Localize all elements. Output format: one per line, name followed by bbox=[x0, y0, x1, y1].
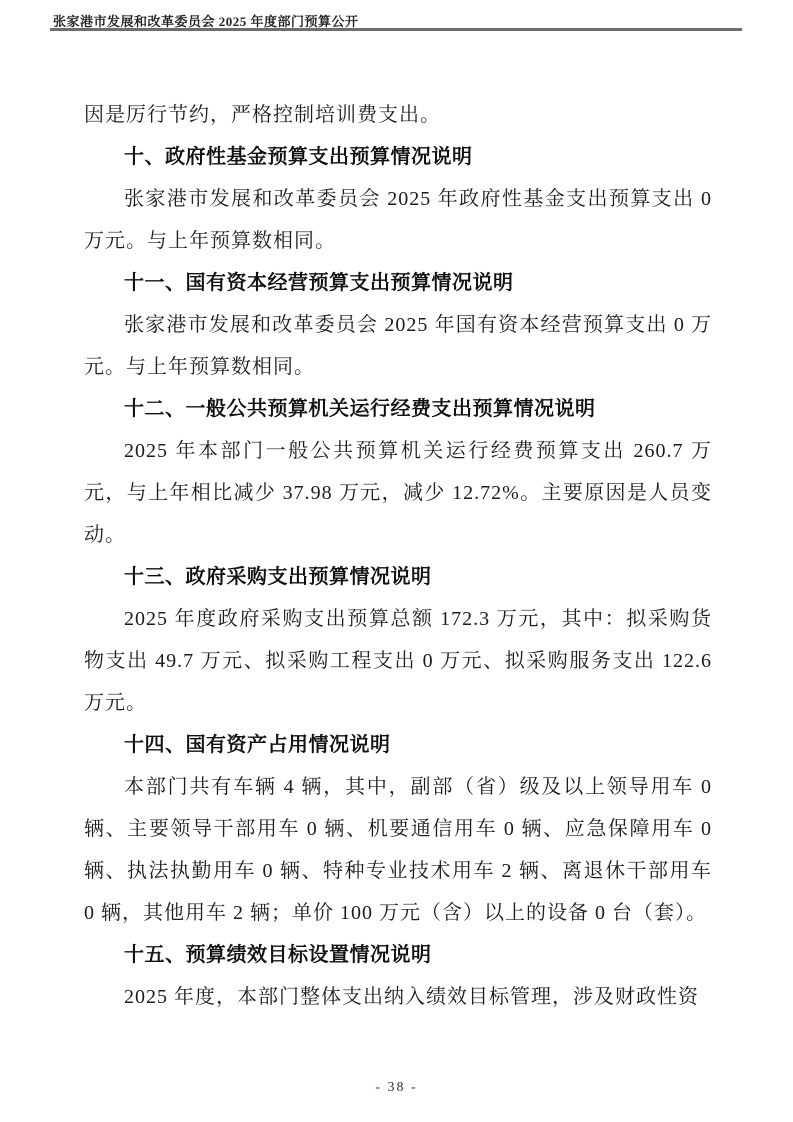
document-page: 张家港市发展和改革委员会 2025 年度部门预算公开 因是厉行节约，严格控制培训… bbox=[0, 0, 793, 1122]
header-rule bbox=[50, 28, 742, 31]
paragraph: 因是厉行节约，严格控制培训费支出。 bbox=[84, 94, 712, 136]
paragraph: 2025 年本部门一般公共预算机关运行经费预算支出 260.7 万元，与上年相比… bbox=[84, 430, 712, 556]
section-heading-12: 十二、一般公共预算机关运行经费支出预算情况说明 bbox=[84, 388, 712, 430]
paragraph: 本部门共有车辆 4 辆，其中，副部（省）级及以上领导用车 0 辆、主要领导干部用… bbox=[84, 766, 712, 934]
section-heading-15: 十五、预算绩效目标设置情况说明 bbox=[84, 934, 712, 976]
page-number: - 38 - bbox=[0, 1080, 793, 1096]
paragraph: 2025 年度，本部门整体支出纳入绩效目标管理，涉及财政性资 bbox=[84, 976, 712, 1018]
section-heading-11: 十一、国有资本经营预算支出预算情况说明 bbox=[84, 262, 712, 304]
section-heading-10: 十、政府性基金预算支出预算情况说明 bbox=[84, 136, 712, 178]
section-heading-14: 十四、国有资产占用情况说明 bbox=[84, 724, 712, 766]
document-body: 因是厉行节约，严格控制培训费支出。 十、政府性基金预算支出预算情况说明 张家港市… bbox=[84, 94, 712, 1018]
paragraph: 张家港市发展和改革委员会 2025 年国有资本经营预算支出 0 万元。与上年预算… bbox=[84, 304, 712, 388]
section-heading-13: 十三、政府采购支出预算情况说明 bbox=[84, 556, 712, 598]
paragraph: 2025 年度政府采购支出预算总额 172.3 万元，其中：拟采购货物支出 49… bbox=[84, 598, 712, 724]
paragraph: 张家港市发展和改革委员会 2025 年政府性基金支出预算支出 0 万元。与上年预… bbox=[84, 178, 712, 262]
